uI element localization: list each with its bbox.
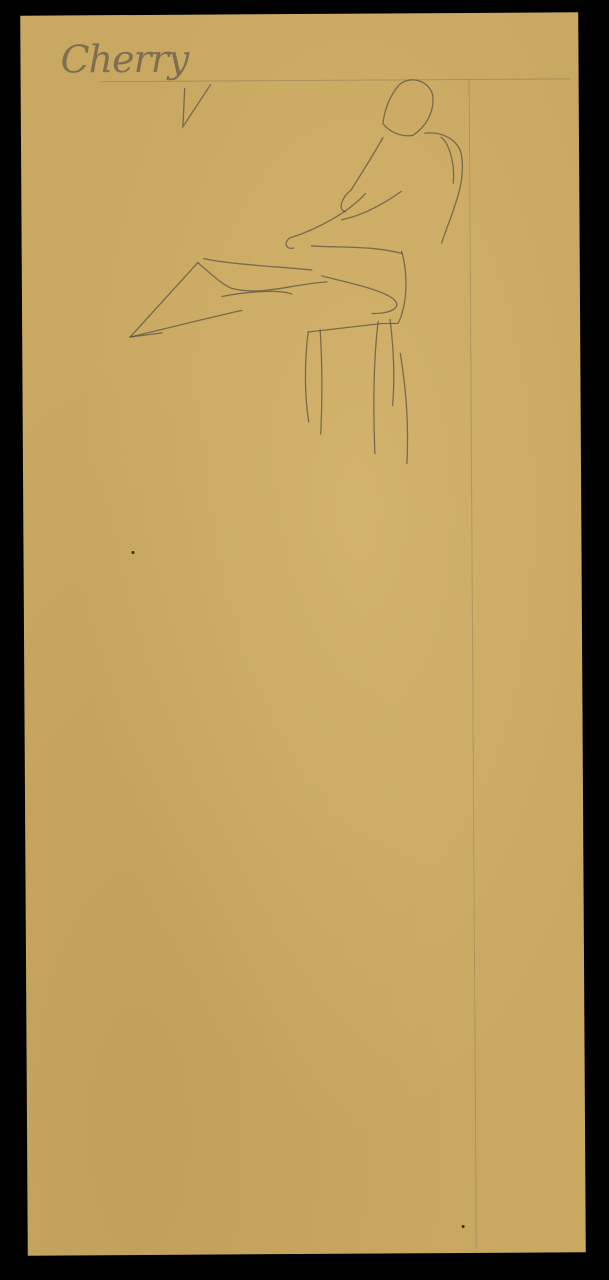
figure-sketch — [20, 12, 586, 1255]
paper-speck — [131, 551, 134, 554]
paper-speck — [462, 1225, 465, 1228]
paper-sheet: Cherry — [20, 12, 586, 1255]
